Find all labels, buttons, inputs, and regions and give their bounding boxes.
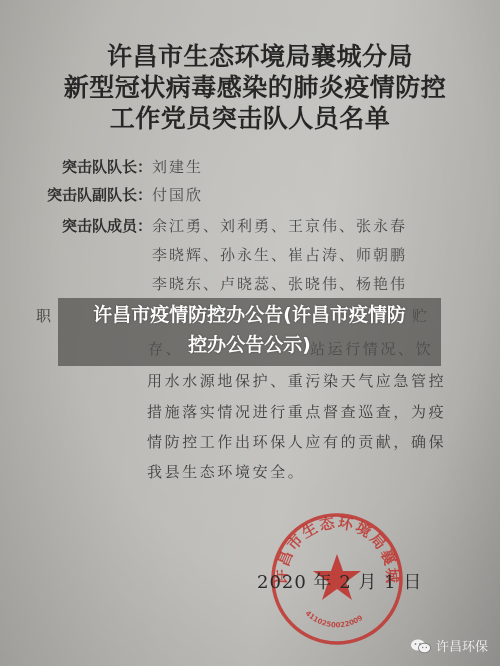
members-line-3: 李晓东、卢晓蕊、张晓伟、杨艳伟 — [152, 273, 407, 294]
caption-line-1: 许昌市疫情防控办公告(许昌市疫情防 — [58, 300, 441, 330]
svg-text:4110250022009: 4110250022009 — [304, 609, 365, 629]
body-line-2: 措施落实情况进行重点督查巡查，为疫 — [147, 401, 446, 422]
members-line-1: 余江勇、刘利勇、王京伟、张永春 — [152, 215, 407, 236]
body-line-4: 我县生态环境安全。 — [147, 461, 305, 482]
document-date: 2020 年 2 月 1 日 — [257, 568, 422, 594]
leader-label: 突击队队长： — [40, 156, 152, 177]
caption-line-2: 控办公告公示) — [58, 330, 441, 360]
members-line-2: 李晓辉、孙永生、崔占涛、师朝鹏 — [152, 244, 407, 265]
duties-line-start: 职 — [36, 305, 54, 326]
deputy-label: 突击队副队长： — [20, 184, 152, 205]
deputy-value: 付国欣 — [152, 184, 203, 205]
members-label: 突击队成员： — [40, 215, 152, 236]
watermark: 许昌环保 — [410, 636, 488, 655]
caption-text: 许昌市疫情防控办公告(许昌市疫情防 控办公告公示) — [58, 300, 441, 360]
body-line-3: 情防控工作出环保人应有的贡献，确保 — [147, 431, 446, 452]
leader-value: 刘建生 — [152, 156, 203, 177]
wechat-icon — [410, 638, 432, 654]
document-title-line-3: 工作党员突击队人员名单 — [0, 99, 500, 135]
watermark-label: 许昌环保 — [436, 636, 488, 655]
body-line-1: 用水水源地保护、重污染天气应急管控 — [147, 370, 446, 391]
